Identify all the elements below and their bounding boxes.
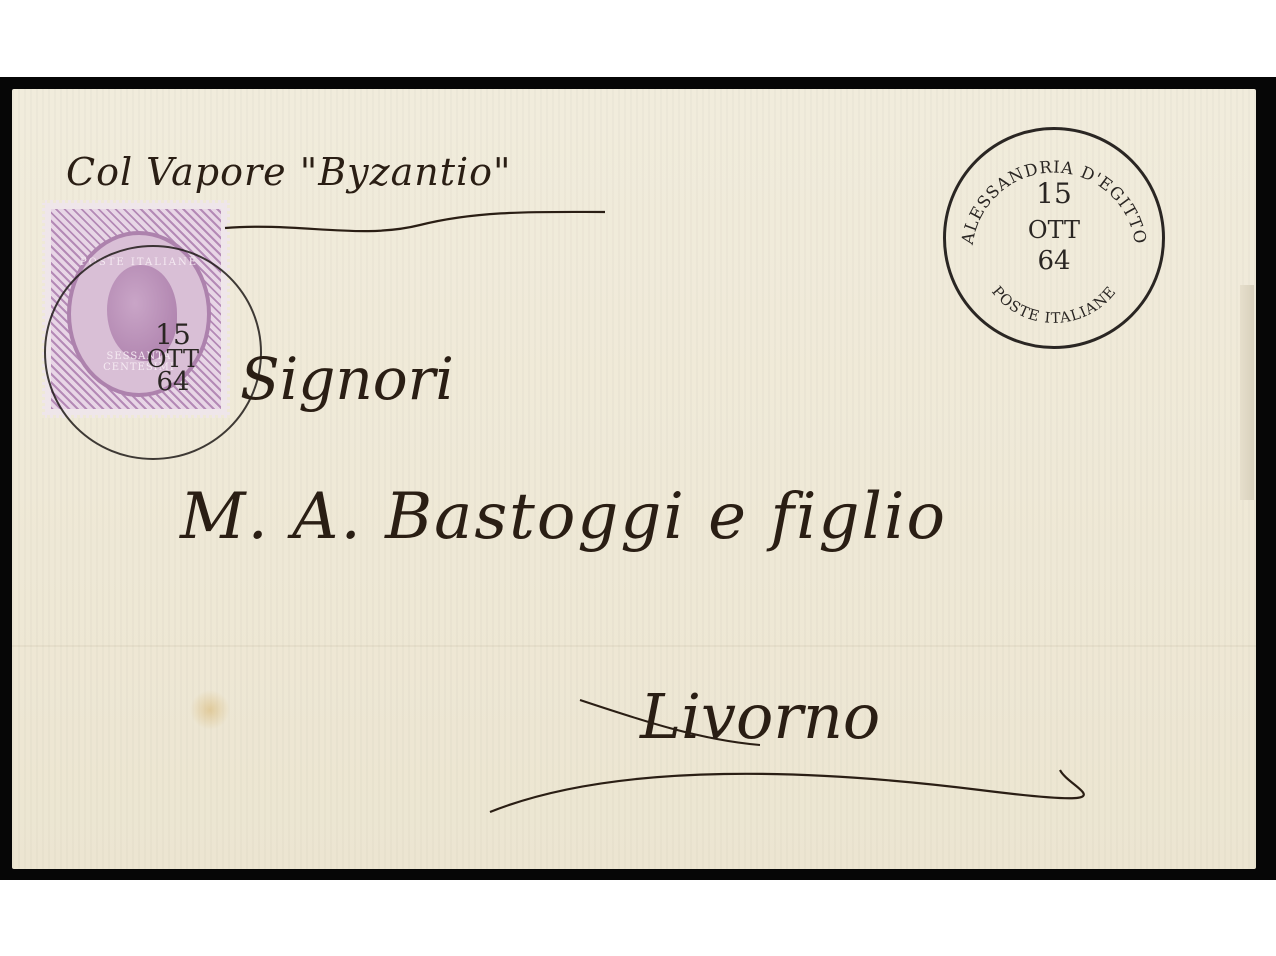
salutation: Signori [240,345,454,413]
svg-text:POSTE ITALIANE: POSTE ITALIANE [988,283,1119,327]
postmark-ring-bottom: POSTE ITALIANE [988,283,1119,327]
destination-city: Livorno [640,680,880,753]
postmark-cancel: 15 OTT 64 [44,245,262,460]
postmark-alexandria: ALESSANDRIA D'EGITTO POSTE ITALIANE 15 O… [943,127,1165,349]
postmark-day: 15 [946,180,1162,208]
foxing-stain [190,690,230,730]
postmark-year: 64 [946,248,1162,274]
fold-crease [12,645,1256,647]
routing-note: Col Vapore "Byzantio" [66,150,512,194]
addressee: M. A. Bastoggi e figlio [180,480,947,554]
folded-edge [1240,285,1254,500]
postmark-year: 64 [86,369,260,395]
postmark-month: OTT [946,218,1162,242]
